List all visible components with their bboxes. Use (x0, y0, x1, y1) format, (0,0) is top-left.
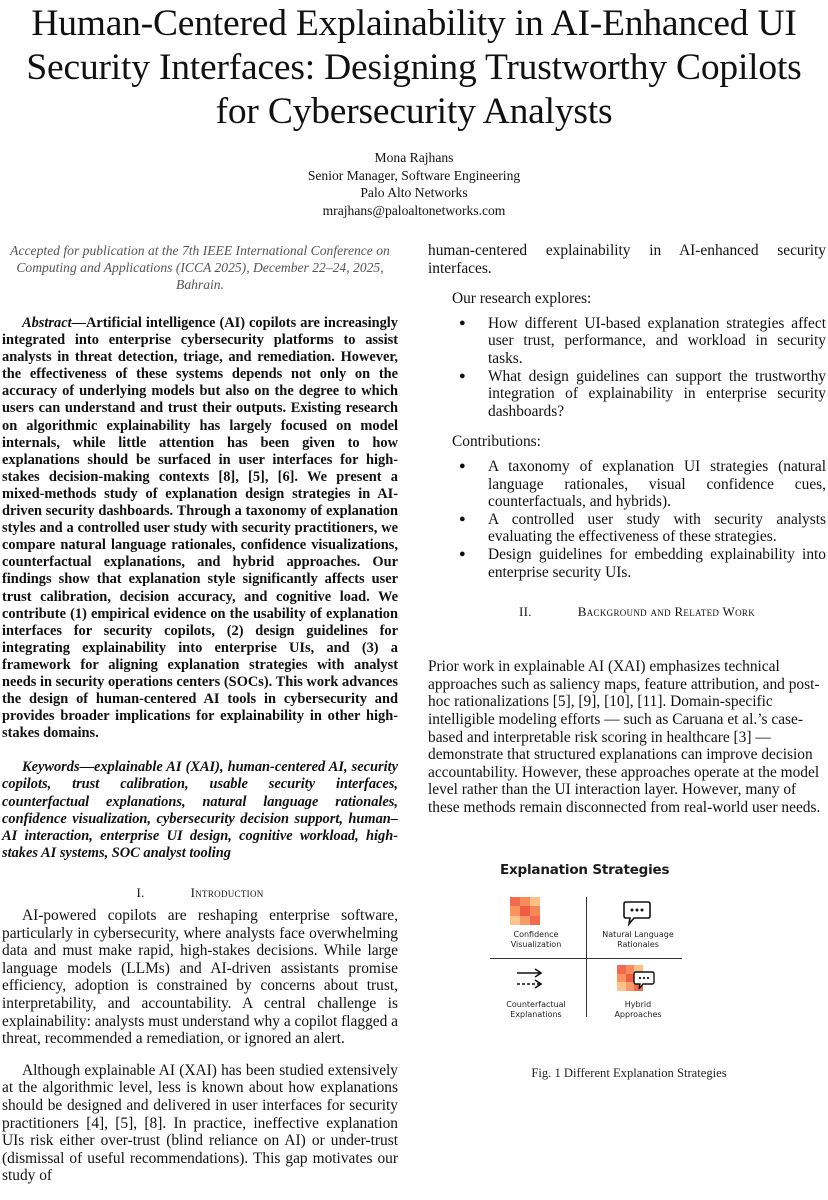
author-block: Mona Rajhans Senior Manager, Software En… (0, 149, 828, 219)
heatmap-cell (617, 965, 626, 974)
section-heading-introduction: I.Introduction (2, 884, 398, 901)
title-line: Security Interfaces: Designing Trustwort… (0, 46, 828, 90)
quadrant-natural-language-rationales: Natural Language Rationales (590, 930, 686, 949)
acceptance-note: Accepted for publication at the 7th IEEE… (2, 242, 398, 293)
quadrant-divider-vertical (586, 897, 587, 1017)
keywords-separator: — (80, 759, 94, 775)
section-number: I. (136, 884, 144, 901)
list-item: Design guidelines for embedding explaina… (428, 546, 826, 581)
quadrant-counterfactual-explanations: Counterfactual Explanations (488, 1000, 584, 1019)
keywords: Keywords—explainable AI (XAI), human-cen… (2, 759, 398, 862)
title-line: for Cybersecurity Analysts (0, 90, 828, 134)
heatmap-cell (530, 897, 540, 906)
list-item: What design guidelines can support the t… (428, 368, 826, 421)
speech-bubble-icon (622, 900, 652, 927)
contributions-list: A taxonomy of explanation UI strategies … (428, 458, 826, 581)
title-line: Human-Centered Explainability in AI-Enha… (0, 2, 828, 46)
dual-arrow-icon (516, 968, 544, 990)
abstract-text: Artificial intelligence (AI) copilots ar… (2, 315, 398, 741)
paper-title: Human-Centered Explainability in AI-Enha… (0, 2, 828, 134)
heatmap-cell (510, 916, 520, 925)
heatmap-cell (530, 916, 540, 925)
section-heading-background: II.Background and Related Work (428, 603, 826, 620)
intro-continuation: human-centered explainability in AI-enha… (428, 242, 826, 277)
figure-explanation-strategies: Explanation Strategies Confidence Visual… (486, 862, 686, 1032)
section-title: Introduction (191, 885, 264, 900)
heatmap-cell (520, 916, 530, 925)
heatmap-cell (617, 974, 626, 983)
contributions-label: Contributions: (452, 433, 826, 451)
list-item: How different UI-based explanation strat… (428, 315, 826, 368)
list-item: A taxonomy of explanation UI strategies … (428, 458, 826, 511)
author-affiliation: Palo Alto Networks (0, 184, 828, 202)
heatmap-cell (520, 906, 530, 915)
heatmap-cell (510, 906, 520, 915)
section-title: Background and Related Work (578, 604, 755, 619)
background-paragraph: Prior work in explainable AI (XAI) empha… (428, 658, 826, 816)
abstract-separator: — (72, 315, 86, 331)
section-number: II. (519, 603, 532, 620)
left-column: Accepted for publication at the 7th IEEE… (2, 242, 398, 1185)
author-role: Senior Manager, Software Engineering (0, 167, 828, 185)
research-label: Our research explores: (452, 290, 826, 308)
keywords-label: Keywords (22, 759, 80, 775)
heatmap-cell (510, 897, 520, 906)
heatmap-cell (520, 897, 530, 906)
quadrant-hybrid-approaches: Hybrid Approaches (590, 1000, 686, 1019)
abstract-label: Abstract (22, 315, 72, 331)
quadrant-confidence-visualization: Confidence Visualization (488, 930, 584, 949)
abstract: Abstract—Artificial intelligence (AI) co… (2, 315, 398, 742)
figure-caption: Fig. 1 Different Explanation Strategies (0, 1066, 828, 1081)
speech-bubble-icon (633, 971, 655, 991)
heatmap-cell (530, 906, 540, 915)
heatmap-cell (617, 982, 626, 991)
research-questions-list: How different UI-based explanation strat… (428, 315, 826, 421)
figure-title: Explanation Strategies (500, 862, 669, 878)
heatmap-icon (510, 897, 540, 925)
list-item: A controlled user study with security an… (428, 511, 826, 546)
quadrant-divider-horizontal (490, 958, 682, 959)
author-name: Mona Rajhans (0, 149, 828, 167)
author-email[interactable]: mrajhans@paloaltonetworks.com (0, 202, 828, 220)
intro-paragraph: AI-powered copilots are reshaping enterp… (2, 907, 398, 1048)
right-column: human-centered explainability in AI-enha… (428, 242, 826, 832)
